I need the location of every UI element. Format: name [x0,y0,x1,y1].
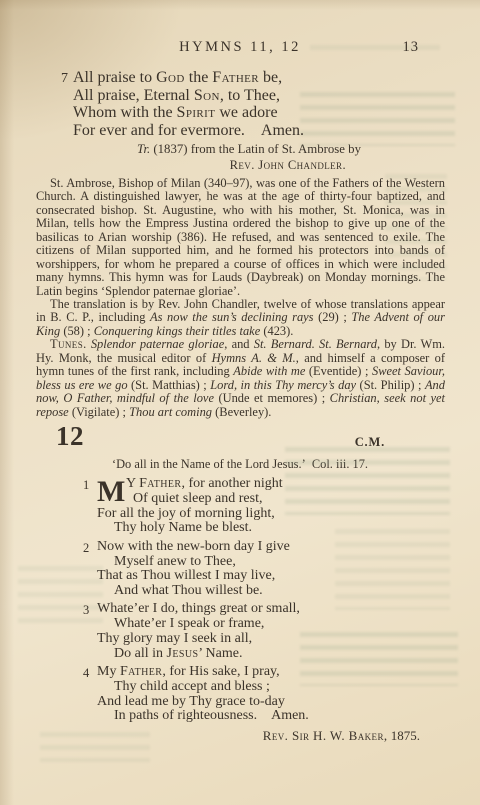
verse-line: All praise, Eternal Son, to Thee, [73,87,480,105]
commentary-paragraph-tunes: Tunes. Splendor paternae gloriae, and St… [36,338,445,419]
commentary-paragraph: St. Ambrose, Bishop of Milan (340–97), w… [36,177,445,298]
stanza-3: 3 Whate’er I do, things great or small, … [97,602,480,661]
hymn-meter: C.M. [355,435,385,450]
commentary-paragraph: The translation is by Rev. John Chandler… [36,298,445,338]
verse-line: Whate’er I do, things great or small, [97,602,480,617]
author-attribution: Rev. Sir H. W. Baker, 1875. [0,728,420,744]
verse-line: All praise to God the Father be, [73,69,480,87]
hymn11-verse-7: 7 All praise to God the Father be, All p… [73,69,480,139]
verse-line: Thy holy Name be blest. [114,521,480,536]
stanza-4: 4 My Father, for His sake, I pray, Thy c… [97,665,480,724]
verse-line: And what Thou willest be. [114,584,480,599]
verse-line: Do all in Jesus’ Name. [114,647,480,662]
verse-line: Thy child accept and bless ; [114,680,480,695]
verse-line: For all the joy of morning light, [97,507,480,522]
commentary: St. Ambrose, Bishop of Milan (340–97), w… [36,177,445,419]
verse-line: Whate’er I speak or frame, [114,617,480,632]
verse-number: 7 [61,70,68,88]
verse-line: Of quiet sleep and rest, [133,492,480,507]
verse-line: In paths of righteousness. Amen. [114,709,480,724]
stanza-1: 1 M Y Father, for another night Of quiet… [97,477,480,536]
hymn-epigraph: ‘Do all in the Name of the Lord Jesus.’ … [0,457,480,472]
scanned-hymnal-page: HYMNS 11, 12 13 7 All praise to God the … [0,0,480,805]
verse-line: That as Thou willest I may live, [97,569,480,584]
verse-line: My Father, for His sake, I pray, [97,665,480,680]
dropcap-initial: M [97,478,125,506]
verse-line: Y Father, for another night [126,477,480,492]
verse-line: For ever and for evermore. Amen. [73,122,480,140]
translation-note: Tr. (1837) from the Latin of St. Ambrose… [0,142,480,157]
hymn-number: 12 [56,421,84,452]
translator-credit: Rev. John Chandler. [0,158,346,173]
stanza-number: 2 [83,541,89,556]
page-number: 13 [403,39,420,56]
stanza-number: 3 [83,603,89,618]
verse-line: And lead me by Thy grace to-day [97,695,480,710]
hymn12-heading: 12 C.M. [0,425,480,456]
stanza-number: 1 [83,478,89,493]
page-header: HYMNS 11, 12 13 [0,39,480,56]
verse-line: Thy glory may I seek in all, [97,632,480,647]
verse-line: Myself anew to Thee, [114,555,480,570]
hymn12-stanzas: 1 M Y Father, for another night Of quiet… [0,477,480,724]
verse-line: Now with the new-born day I give [97,540,480,555]
verse-line: Whom with the Spirit we adore [73,104,480,122]
stanza-number: 4 [83,666,89,681]
stanza-2: 2 Now with the new-born day I give Mysel… [97,540,480,599]
